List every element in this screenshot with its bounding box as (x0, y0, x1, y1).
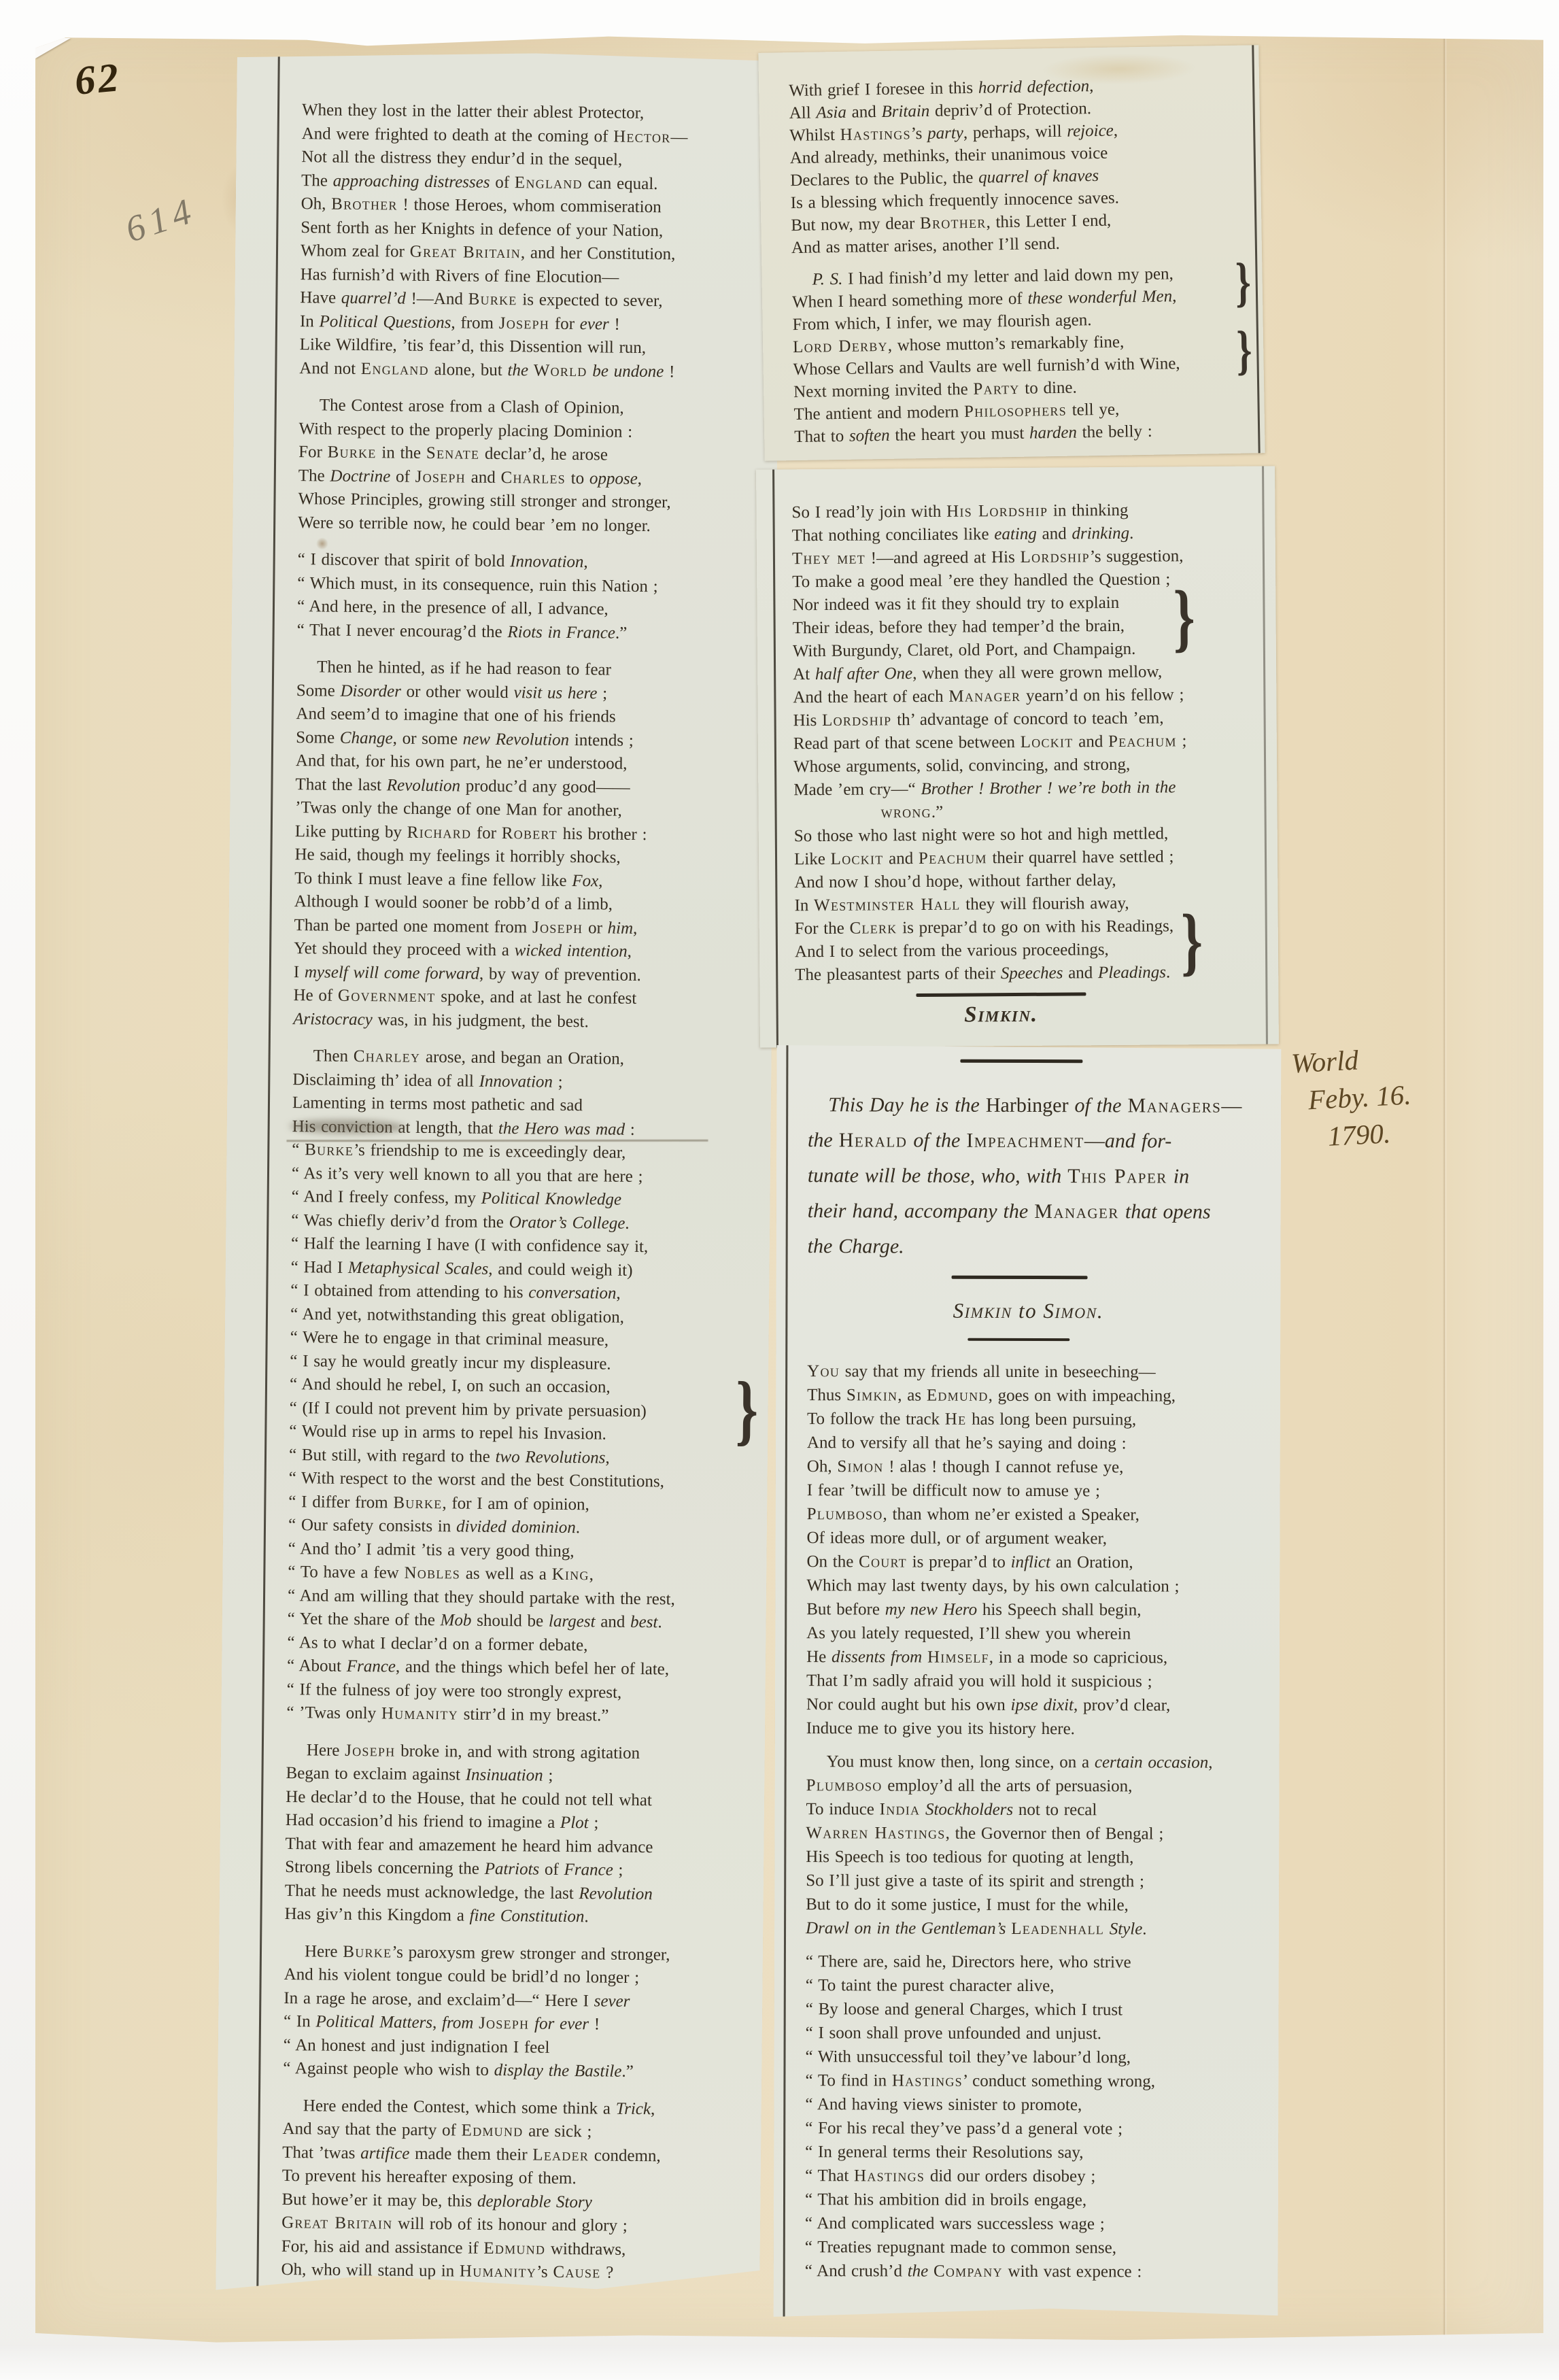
poem-line: “ I discover that spirit of bold Innovat… (298, 548, 685, 575)
poem-line: “ And here, in the presence of all, I ad… (297, 595, 685, 622)
poem-line: Feby. 16. (1292, 1076, 1412, 1119)
poem-line: Drawl on in the Gentleman’s Leadenhall S… (806, 1916, 1212, 1941)
poem-line: Which may last twenty days, by his own c… (806, 1574, 1213, 1599)
poem-line: Then Charley arose, and began an Oration… (292, 1044, 680, 1072)
poem-line: To induce India Stockholders not to reca… (806, 1797, 1212, 1822)
poem-line: Plumboso, than whom ne’er existed a Spea… (807, 1502, 1214, 1527)
poem-line: But howe’er it may be, this deplorable S… (281, 2188, 669, 2215)
poem-line: So I’ll just give a taste of its spirit … (806, 1869, 1212, 1894)
poem-column-right-middle: So I read’ly join with His Lordship in t… (791, 498, 1188, 987)
poem-line: “ That I never encourag’d the Riots in F… (297, 619, 685, 646)
poem-line: “ To taint the purest character alive, (806, 1973, 1212, 1999)
poem-line: His Lordship th’ advantage of concord to… (793, 707, 1187, 732)
rhyme-brace: } (1236, 325, 1252, 375)
poem-line: “ By loose and general Charges, which I … (806, 1997, 1212, 2022)
poem-line: That I’m sadly afraid you will hold it s… (806, 1669, 1213, 1694)
poem-line: “ In general terms their Resolutions say… (805, 2140, 1212, 2165)
poem-line: “ Against people who wish to display the… (283, 2057, 670, 2084)
poem-line: This Day he is the Harbinger of the Mana… (808, 1087, 1241, 1124)
poem-line: So I read’ly join with His Lordship in t… (791, 498, 1185, 524)
poem-line: “ If the fulness of joy were too strongl… (287, 1678, 674, 1705)
poem-line: I fear ’twill be difficult now to amuse … (807, 1478, 1214, 1503)
poem-line: “ And tho’ I admit ’tis a very good thin… (288, 1537, 676, 1565)
scan-background: 62 614 WorldFeby. 16.1790. When they los… (0, 0, 1559, 2380)
handwritten-source-note: WorldFeby. 16.1790. (1290, 1039, 1414, 1157)
poem-column-right-bottom: You say that my friends all unite in bes… (805, 1359, 1214, 2284)
poem-line: And that, for his own part, he ne’er und… (296, 749, 683, 777)
poem-line: To follow the track He has long been pur… (807, 1407, 1214, 1432)
column-rule (256, 51, 280, 2295)
poem-line: To think I must leave a fine fellow like… (294, 867, 682, 894)
poem-line: “ And crush’d the Company with vast expe… (805, 2259, 1212, 2284)
poem-line: Disclaiming th’ idea of all Innovation ; (292, 1068, 680, 1095)
poem-line: For Burke in the Senate declar’d, he aro… (298, 441, 686, 468)
poem-line: Aristocracy was, in his judgment, the be… (293, 1008, 681, 1035)
poem-line: And I to select from the various proceed… (795, 938, 1188, 964)
poem-line: Strong libels concerning the Patriots of… (285, 1856, 672, 1883)
poem-line: “ As it’s very well known to all you tha… (292, 1162, 679, 1189)
rhyme-brace: } (1181, 906, 1203, 976)
poem-line: That ’twas artifice made them their Lead… (282, 2141, 670, 2169)
poem-line: Like Wildfire, ’tis fear’d, this Dissent… (300, 333, 687, 360)
poem-line: His conviction at length, that the Hero … (292, 1115, 680, 1142)
poem-line: “ And having views sinister to promote, (805, 2092, 1212, 2118)
poem-line: “ (If I could not prevent him by private… (290, 1397, 677, 1424)
poem-line: The Doctrine of Joseph and Charles to op… (298, 464, 686, 492)
poem-line: Have quarrel’d !—And Burke is expected t… (300, 286, 687, 313)
poem-line: “ Were he to engage in that criminal mea… (290, 1326, 678, 1353)
poem-line: And the heart of each Manager yearn’d on… (793, 683, 1186, 709)
section-rule (967, 1338, 1069, 1341)
poem-line: Here Burke’s paroxysm grew stronger and … (284, 1940, 672, 1967)
poem-line: Made ’em cry—“ Brother ! Brother ! we’re… (793, 776, 1187, 802)
poem-line: “ And yet, notwithstanding this great ob… (290, 1303, 678, 1330)
poem-line: But before my new Hero his Speech shall … (806, 1597, 1213, 1622)
poem-line: On the Court is prepar’d to inflict an O… (806, 1550, 1213, 1575)
poem-line: 1790. (1295, 1113, 1414, 1157)
poem-line: He said, though my feelings it horribly … (294, 843, 682, 870)
rhyme-brace: } (1173, 582, 1195, 653)
poem-line: Whose arguments, solid, convincing, and … (793, 753, 1187, 779)
poem-line: Some Disorder or other would visit us he… (296, 679, 684, 707)
poem-line: Began to exclaim against Insinuation ; (286, 1762, 673, 1789)
poem-line: In a rage he arose, and exclaim’d—“ Here… (284, 1987, 671, 2014)
newspaper-clipping-right-bottom: This Day he is the Harbinger of the Mana… (774, 1045, 1282, 2318)
newspaper-clipping-right-middle: So I read’ly join with His Lordship in t… (756, 466, 1279, 1047)
poem-line: “ As to what I declar’d on a former deba… (287, 1631, 674, 1659)
poem-line: “ And I freely confess, my Political Kno… (292, 1185, 679, 1212)
poem-line: “ Which must, in its consequence, ruin t… (297, 572, 685, 599)
poem-line: Has giv’n this Kingdom a fine Constituti… (284, 1903, 672, 1930)
poem-line: You say that my friends all unite in bes… (807, 1359, 1214, 1384)
poem-line: Their ideas, before they had temper’d th… (793, 614, 1186, 640)
poem-line: “ Treaties repugnant made to common sens… (805, 2235, 1212, 2260)
poem-line: You must know then, long since, on a cer… (806, 1750, 1213, 1775)
poem-line: Nor indeed was it fit they should try to… (792, 591, 1186, 617)
poem-line: the Charge. (808, 1229, 1241, 1265)
column-rule (783, 1045, 789, 2317)
section-rule (960, 1059, 1082, 1063)
poem-line: “ With unsuccessful toil they’ve labour’… (806, 2045, 1212, 2070)
poem-line: He of Government spoke, and at last he c… (293, 984, 681, 1011)
simkin-to-simon-heading: Simkin to Simon. (776, 1298, 1280, 1324)
poem-line: Warren Hastings, the Governor then of Be… (806, 1821, 1212, 1846)
poem-line: And seem’d to imagine that one of his fr… (296, 702, 683, 730)
poem-line: Thus Simkin, as Edmund, goes on with imp… (807, 1383, 1214, 1408)
poem-line: “ Had I Metaphysical Scales, and could w… (291, 1256, 679, 1283)
poem-line: “ Burke’s friendship to me is exceedingl… (292, 1138, 679, 1166)
poem-line: That nothing conciliates like eating and… (792, 522, 1186, 547)
poem-line: But to do it some justice, I must for th… (806, 1892, 1212, 1918)
poem-line: The pleasantest parts of their Speeches … (795, 961, 1188, 987)
poem-line: And not England alone, but the World be … (299, 357, 687, 384)
poem-line: “ With respect to the worst and the best… (289, 1467, 676, 1494)
poem-line: “ ’Twas only Humanity stirr’d in my brea… (286, 1701, 674, 1729)
poem-line: wrong.” (793, 799, 1187, 825)
poem-line: As you lately requested, I’ll shew you w… (806, 1621, 1213, 1646)
poem-line: He declar’d to the House, that he could … (286, 1786, 673, 1813)
simkin-intro-paragraph: This Day he is the Harbinger of the Mana… (808, 1087, 1242, 1265)
handwritten-page-number-ink: 62 (73, 54, 123, 105)
poem-line: tunate will be those, who, with This Pap… (808, 1158, 1241, 1195)
poem-line: Nor could aught but his own ipse dixit, … (806, 1693, 1213, 1718)
poem-line: their hand, accompany the Manager that o… (808, 1193, 1241, 1230)
poem-line: In Political Questions, from Joseph for … (300, 310, 687, 337)
newspaper-clipping-left: When they lost in the latter their ables… (216, 50, 781, 2300)
poem-line: “ I say he would greatly incur my disple… (290, 1350, 677, 1377)
poem-line: Sent forth as her Knights in defence of … (301, 216, 688, 243)
poem-line: “ About France, and the things which bef… (287, 1654, 674, 1682)
rhyme-brace: } (736, 1373, 759, 1446)
poem-line: With respect to the properly placing Dom… (298, 418, 686, 445)
poem-line: “ That his ambition did in broils engage… (805, 2188, 1212, 2213)
poem-line: Were so terrible now, he could bear ’em … (298, 511, 685, 539)
poem-line: “ Our safety consists in divided dominio… (288, 1514, 676, 1541)
poem-line: Here Joseph broke in, and with strong ag… (286, 1739, 674, 1766)
poem-line: Like Lockit and Peachum their quarrel ha… (794, 845, 1188, 871)
poem-line: Like putting by Richard for Robert his b… (295, 820, 683, 847)
poem-line: When they lost in the latter their ables… (302, 99, 689, 126)
rhyme-brace: } (1235, 257, 1252, 307)
poem-line: World (1290, 1039, 1410, 1083)
poem-line: And were frighted to death at the coming… (302, 122, 689, 150)
column-rule (772, 469, 778, 1047)
poem-line: Had occasion’d his friend to imagine a P… (286, 1809, 673, 1836)
poem-line: They met !—and agreed at His Lordship’s … (792, 545, 1186, 571)
poem-line: the Herald of the Impeachment—and for- (808, 1123, 1241, 1159)
poem-line: Great Britain will rob of its honour and… (281, 2211, 669, 2239)
poem-line: Yet should they proceed with a wicked in… (294, 937, 681, 964)
poem-line: “ Yet the share of the Mob should be lar… (288, 1608, 675, 1635)
poem-line: “ That Hastings did our orders disobey ; (805, 2164, 1212, 2189)
page-corner-fold (35, 38, 71, 58)
poem-line: “ I soon shall prove unfounded and unjus… (806, 2021, 1212, 2046)
poem-line: To make a good meal ’ere they handled th… (792, 568, 1186, 594)
poem-line: “ And complicated wars successless wage … (805, 2211, 1212, 2237)
poem-line: For the Clerk is prepar’d to go on with … (795, 915, 1188, 940)
poem-line: That with fear and amazement he heard hi… (285, 1833, 672, 1860)
poem-line: And his violent tongue could be bridl’d … (284, 1963, 672, 1990)
poem-line: For, his aid and assistance if Edmund wi… (281, 2235, 669, 2262)
poem-line: ’Twas only the change of one Man for ano… (295, 796, 683, 823)
poem-line: Oh, Brother ! those Heroes, whom commise… (301, 192, 689, 220)
poem-line: Has furnish’d with Rivers of fine Elocut… (301, 263, 688, 290)
scan-backing-paper (0, 2345, 1559, 2380)
poem-line: “ Half the learning I have (I with confi… (291, 1232, 679, 1259)
poem-line: “ To have a few Nobles as well as a King… (288, 1561, 675, 1588)
poem-line: Induce me to give you its history here. (806, 1716, 1213, 1741)
poem-line: At half after One, when they all were gr… (793, 660, 1186, 686)
poem-line: And say that the party of Edmund are sic… (282, 2118, 670, 2145)
simkin-signature: Simkin. (900, 1002, 1103, 1028)
poem-column-right-top: With grief I foresee in this horrid defe… (789, 73, 1181, 448)
poem-line: “ For his recal they’ve pass’d a general… (805, 2116, 1212, 2141)
poem-line: Oh, who will stand up in Humanity’s Caus… (281, 2258, 668, 2285)
section-rule (952, 1276, 1088, 1280)
poem-line: Oh, Simon ! alas ! though I cannot refus… (807, 1455, 1214, 1480)
poem-line: Some Change, or some new Revolution inte… (296, 726, 683, 753)
poem-line: Whose Principles, growing still stronger… (298, 488, 685, 515)
poem-line: Than be parted one moment from Joseph or… (294, 914, 681, 941)
poem-line: “ But still, with regard to the two Revo… (289, 1444, 676, 1471)
poem-line: Here ended the Contest, which some think… (283, 2094, 670, 2122)
poem-column-left: When they lost in the latter their ables… (281, 99, 689, 2285)
poem-line: And now I shou’d hope, without farther d… (794, 868, 1188, 894)
poem-line: The approaching distresses of England ca… (301, 169, 689, 197)
poem-line: “ And should he rebel, I, on such an occ… (290, 1373, 677, 1400)
poem-line: The Contest arose from a Clash of Opinio… (299, 394, 687, 421)
poem-line: I myself will come forward, by way of pr… (294, 961, 681, 988)
poem-line: Although I would sooner be robb’d of a l… (294, 890, 682, 917)
poem-line: “ I obtained from attending to his conve… (290, 1279, 678, 1306)
column-rule (1252, 45, 1260, 453)
poem-line: That he needs must acknowledge, the last… (285, 1880, 672, 1907)
poem-line: And to versify all that he’s saying and … (807, 1431, 1214, 1456)
poem-line: So those who last night were so hot and … (794, 822, 1188, 848)
poem-line: That the last Revolution produc’d any go… (295, 773, 683, 800)
poem-line: Lamenting in terms most pathetic and sad (292, 1091, 680, 1119)
page-fold-line (1443, 27, 1447, 2345)
poem-line: “ In Political Matters, from Joseph for … (284, 2010, 671, 2037)
poem-line: “ An honest and just indignation I feel (284, 2034, 671, 2061)
column-rule (1262, 466, 1268, 1044)
poem-line: He dissents from Himself, in a mode so c… (806, 1645, 1213, 1670)
poem-line: Whom zeal for Great Britain, and her Con… (301, 239, 688, 267)
poem-line: Read part of that scene between Lockit a… (793, 730, 1187, 755)
poem-line: “ I differ from Burke, for I am of opini… (288, 1491, 676, 1518)
album-page: 62 614 WorldFeby. 16.1790. When they los… (35, 27, 1543, 2345)
poem-line: “ Was chiefly deriv’d from the Orator’s … (291, 1209, 679, 1236)
poem-line: Not all the distress they endur’d in the… (301, 146, 689, 173)
signature-rule (916, 992, 1086, 997)
poem-line: Then he hinted, as if he had reason to f… (296, 656, 684, 683)
poem-line: “ To find in Hastings’ conduct something… (805, 2069, 1212, 2094)
poem-line: Plumboso employ’d all the arts of persua… (806, 1773, 1213, 1799)
poem-line: With Burgundy, Claret, old Port, and Cha… (793, 637, 1186, 663)
handwritten-page-number-pencil: 614 (120, 188, 201, 250)
poem-line: In Westminster Hall they will flourish a… (794, 891, 1188, 917)
poem-line: Of ideas more dull, or of argument weake… (807, 1526, 1214, 1551)
newspaper-clipping-right-top: With grief I foresee in this horrid defe… (758, 45, 1265, 460)
poem-line: To prevent his hereafter exposing of the… (282, 2164, 670, 2192)
poem-line: “ Would rise up in arms to repel his Inv… (289, 1420, 676, 1447)
poem-line: His Speech is too tedious for quoting at… (806, 1845, 1212, 1870)
poem-line: “ There are, said he, Directors here, wh… (806, 1950, 1212, 1975)
poem-line: “ And am willing that they should partak… (288, 1584, 675, 1612)
